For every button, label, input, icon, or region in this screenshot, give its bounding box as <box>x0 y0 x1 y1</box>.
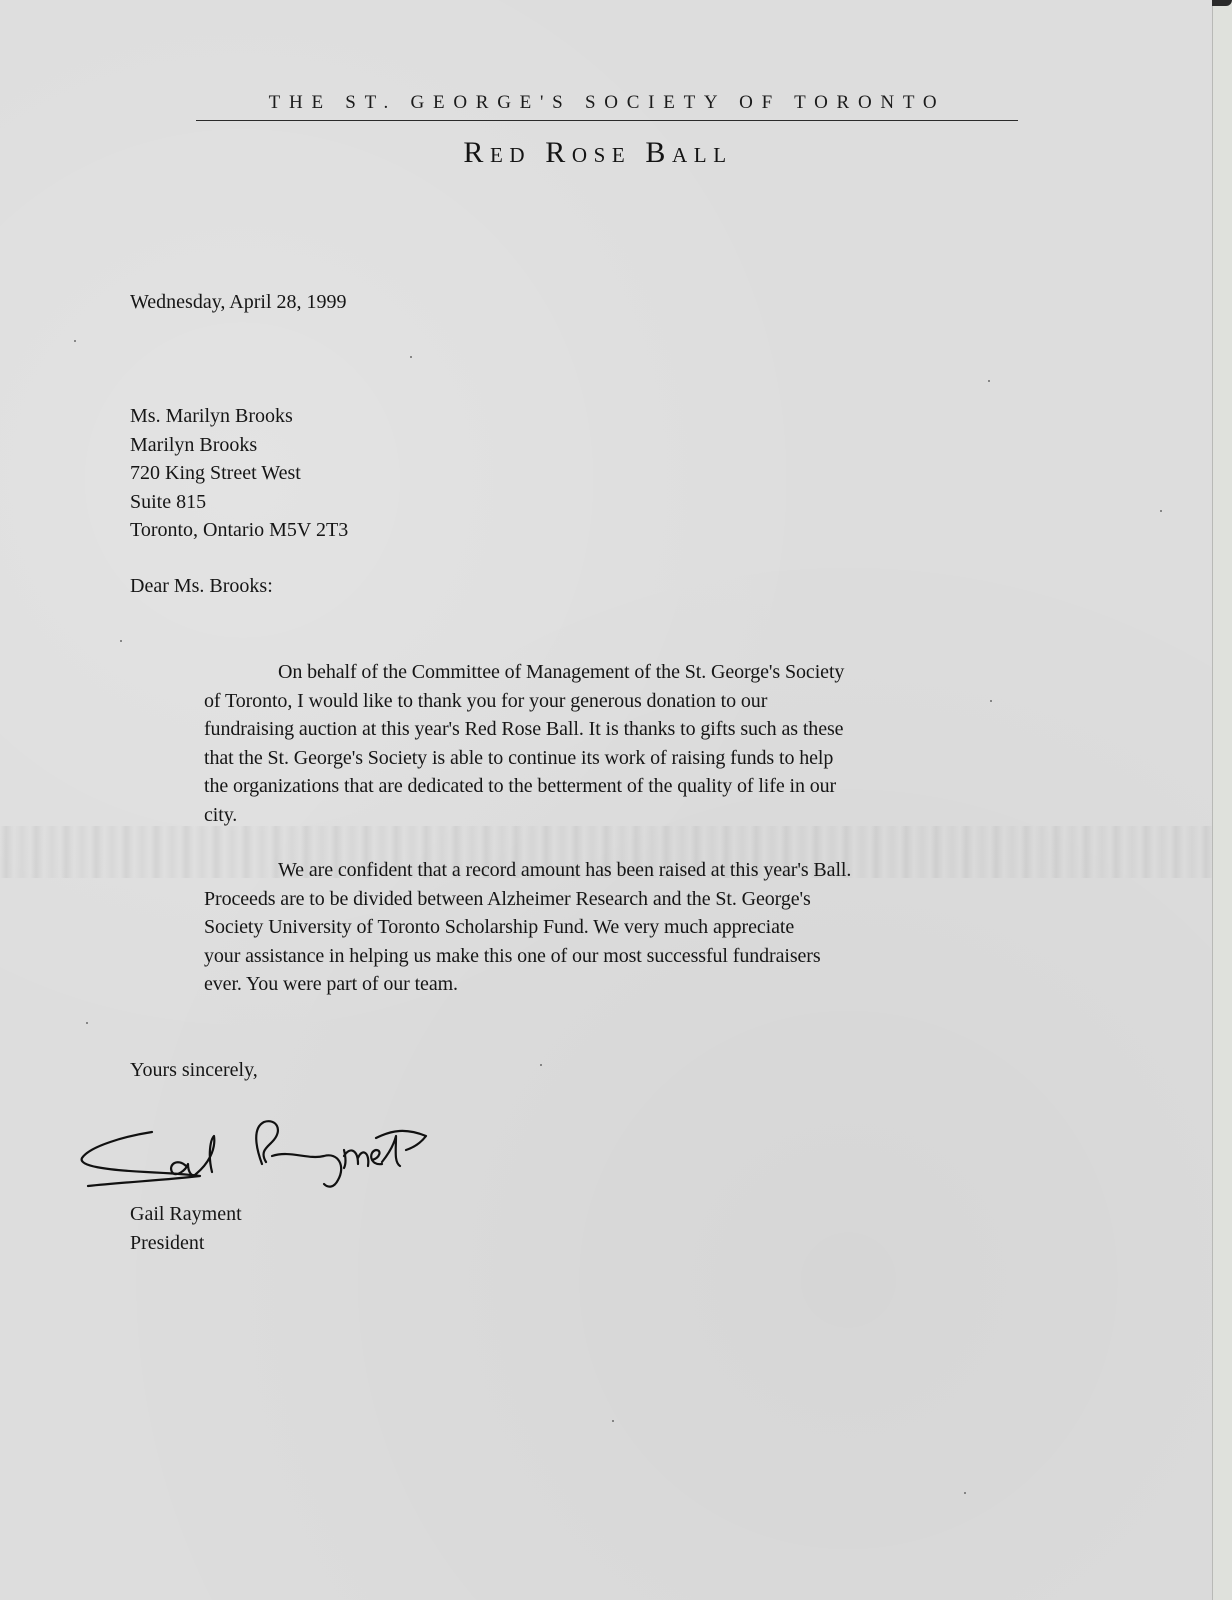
paper-speck <box>612 1420 614 1422</box>
letterhead-rule <box>196 120 1018 121</box>
closing: Yours sincerely, <box>130 1056 258 1085</box>
organization-name: The St. George's Society of Toronto <box>196 88 1018 118</box>
address-line: Toronto, Ontario M5V 2T3 <box>130 516 348 545</box>
paragraph-line: We are confident that a record amount ha… <box>130 856 930 885</box>
paragraph-line: city. <box>130 801 930 830</box>
address-line: Marilyn Brooks <box>130 431 348 460</box>
paragraph-line: fundraising auction at this year's Red R… <box>130 715 930 744</box>
paragraph-line: Proceeds are to be divided between Alzhe… <box>130 885 930 914</box>
paragraph-line: your assistance in helping us make this … <box>130 942 930 971</box>
letterhead: The St. George's Society of Toronto Red … <box>196 88 1018 173</box>
paper-speck <box>988 380 990 382</box>
paper-speck <box>1160 510 1162 512</box>
recipient-address: Ms. Marilyn Brooks Marilyn Brooks 720 Ki… <box>130 402 348 545</box>
paper-speck <box>120 640 122 642</box>
paragraph-line: that the St. George's Society is able to… <box>130 744 930 773</box>
paper-speck <box>990 700 992 702</box>
paper-speck <box>410 356 412 358</box>
paper-speck <box>964 1492 966 1494</box>
letter-date: Wednesday, April 28, 1999 <box>130 288 347 317</box>
scanner-corner <box>1212 0 1232 6</box>
address-line: 720 King Street West <box>130 459 348 488</box>
salutation: Dear Ms. Brooks: <box>130 572 273 601</box>
signer-name: Gail Rayment <box>130 1200 242 1229</box>
paragraph-1: On behalf of the Committee of Management… <box>130 658 930 829</box>
paragraph-2: We are confident that a record amount ha… <box>130 856 930 999</box>
signer-title: President <box>130 1229 242 1258</box>
address-line: Ms. Marilyn Brooks <box>130 402 348 431</box>
paragraph-line: Society University of Toronto Scholarshi… <box>130 913 930 942</box>
paragraph-line: ever. You were part of our team. <box>130 970 930 999</box>
scanner-edge <box>1213 0 1232 1600</box>
address-line: Suite 815 <box>130 488 348 517</box>
paper-speck <box>74 340 76 342</box>
paragraph-line: the organizations that are dedicated to … <box>130 772 930 801</box>
paragraph-line: On behalf of the Committee of Management… <box>130 658 930 687</box>
paragraph-line: of Toronto, I would like to thank you fo… <box>130 687 930 716</box>
signer-block: Gail Rayment President <box>130 1200 242 1257</box>
paper-speck <box>540 1064 542 1066</box>
event-name: Red Rose Ball <box>178 133 1018 173</box>
letter-page: The St. George's Society of Toronto Red … <box>0 0 1213 1600</box>
signature-icon <box>76 1100 476 1200</box>
paper-speck <box>86 1022 88 1024</box>
